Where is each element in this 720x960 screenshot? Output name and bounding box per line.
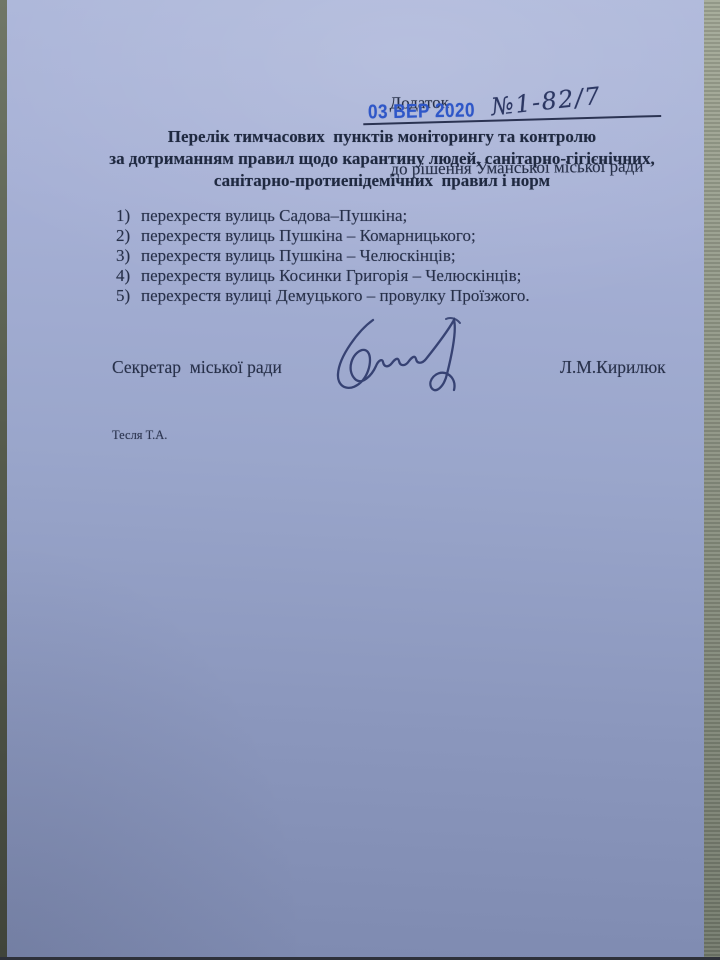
- list-item: 1) перехрестя вулиць Садова–Пушкіна;: [116, 206, 530, 226]
- monitoring-points-list: 1) перехрестя вулиць Садова–Пушкіна; 2) …: [116, 206, 530, 306]
- list-item-number: 4): [116, 266, 141, 286]
- photo-right-edge: [704, 0, 720, 960]
- list-item-number: 2): [116, 226, 141, 246]
- paper-sheet: Додаток до рішення Уманської міської рад…: [7, 0, 704, 957]
- document-photo: Додаток до рішення Уманської міської рад…: [0, 0, 720, 960]
- title-line-1: Перелік тимчасових пунктів моніторингу т…: [47, 126, 717, 148]
- list-item: 5) перехрестя вулиці Демуцького – провул…: [116, 286, 530, 306]
- photo-left-edge: [0, 0, 7, 960]
- list-item-text: перехрестя вулиць Пушкіна – Челюскінців;: [141, 246, 456, 266]
- signatory-name: Л.М.Кирилюк: [560, 357, 666, 378]
- list-item-text: перехрестя вулиць Садова–Пушкіна;: [141, 206, 407, 226]
- stamp-row: 03 ВЕР 2020 №1-82/7: [368, 90, 669, 126]
- list-item-text: перехрестя вулиць Пушкіна – Комарницьког…: [141, 226, 476, 246]
- list-item-number: 5): [116, 286, 141, 306]
- title-line-3: санітарно-протиепідемічних правил і норм: [47, 170, 717, 192]
- list-item-number: 3): [116, 246, 141, 266]
- list-item: 4) перехрестя вулиць Косинки Григорія – …: [116, 266, 530, 286]
- list-item-number: 1): [116, 206, 141, 226]
- handwritten-signature: [307, 310, 497, 405]
- executor-name: Тесля Т.А.: [112, 428, 167, 443]
- list-item: 3) перехрестя вулиць Пушкіна – Челюскінц…: [116, 246, 530, 266]
- list-item-text: перехрестя вулиць Косинки Григорія – Чел…: [141, 266, 521, 286]
- signatory-role: Секретар міської ради: [112, 357, 282, 378]
- list-item-text: перехрестя вулиці Демуцького – провулку …: [141, 286, 530, 306]
- title-line-2: за дотриманням правил щодо карантину люд…: [47, 148, 717, 170]
- document-title: Перелік тимчасових пунктів моніторингу т…: [47, 126, 717, 192]
- list-item: 2) перехрестя вулиць Пушкіна – Комарниць…: [116, 226, 530, 246]
